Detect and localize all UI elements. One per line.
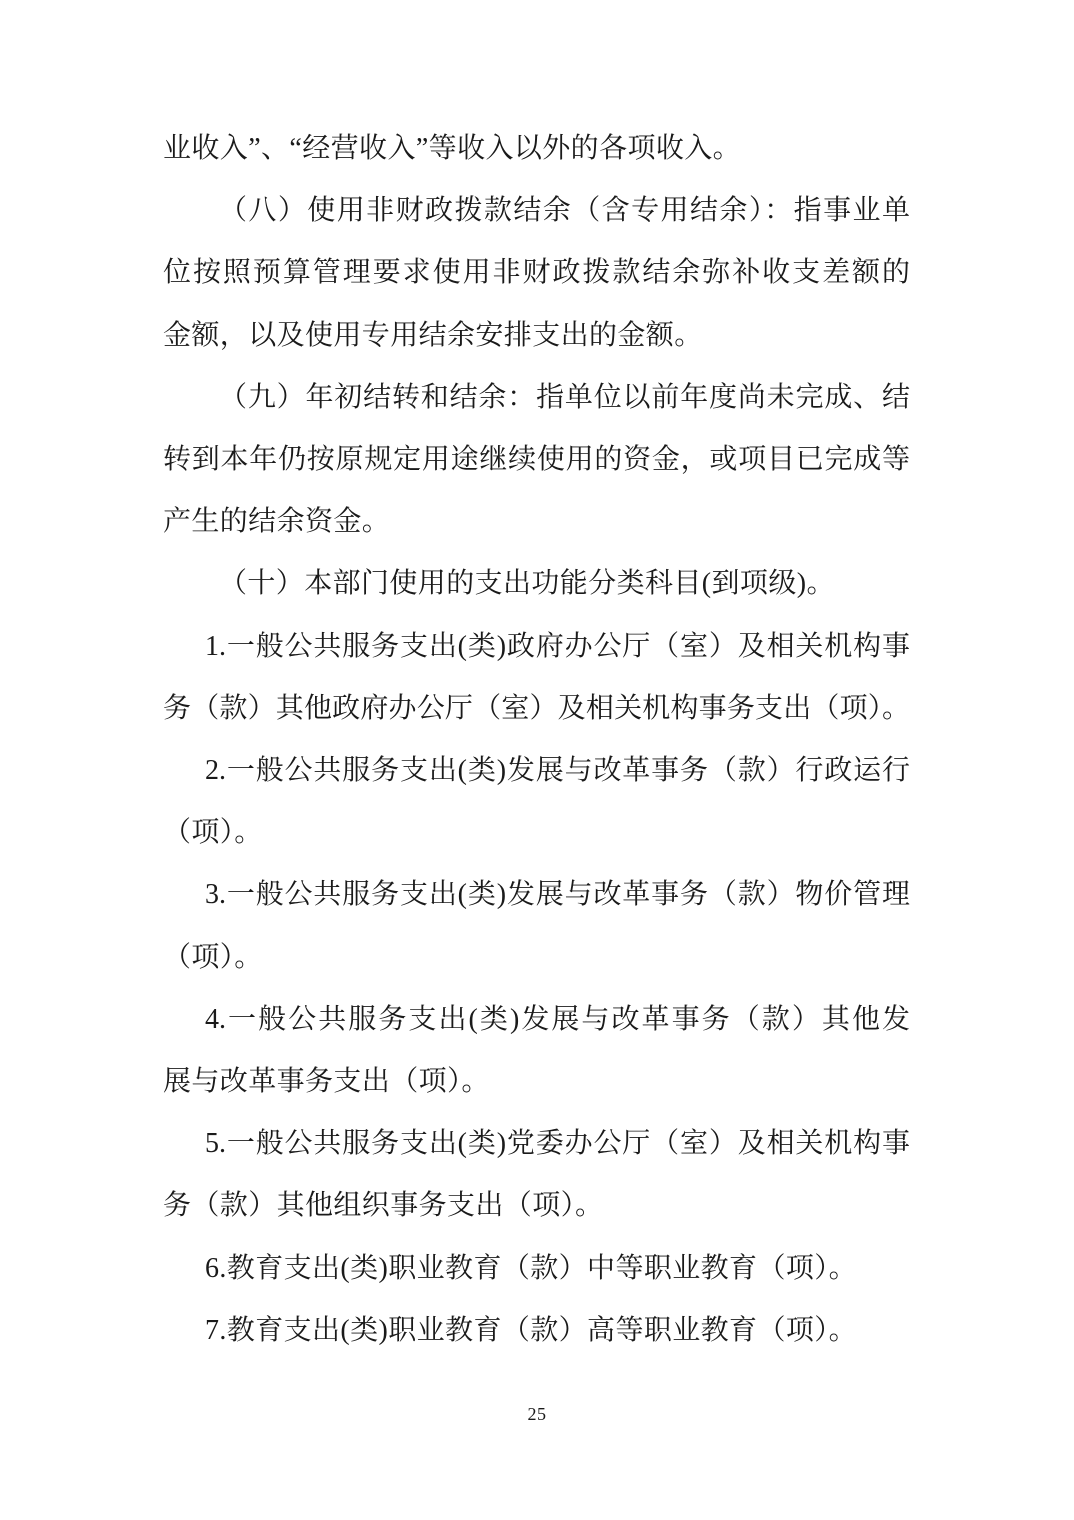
text-line: 金额，以及使用专用结余安排支出的金额。 <box>163 305 910 367</box>
text-line: （项）。 <box>163 802 910 864</box>
text-line: 4.一般公共服务支出(类)发展与改革事务（款）其他发 <box>163 989 910 1051</box>
page-number: 25 <box>0 1402 1074 1426</box>
text-line: 产生的结余资金。 <box>163 491 910 553</box>
text-line: 展与改革事务支出（项）。 <box>163 1051 910 1113</box>
text-line: 务（款）其他政府办公厅（室）及相关机构事务支出（项）。 <box>163 678 910 740</box>
text-line: （十）本部门使用的支出功能分类科目(到项级)。 <box>163 553 910 615</box>
text-line: 7.教育支出(类)职业教育（款）高等职业教育（项）。 <box>163 1300 910 1362</box>
text-line: （八）使用非财政拨款结余（含专用结余）：指事业单 <box>163 180 910 242</box>
text-line: 业收入”、“经营收入”等收入以外的各项收入。 <box>163 118 910 180</box>
text-line: 2.一般公共服务支出(类)发展与改革事务（款）行政运行 <box>163 740 910 802</box>
text-line: 1.一般公共服务支出(类)政府办公厅（室）及相关机构事 <box>163 616 910 678</box>
text-line: 3.一般公共服务支出(类)发展与改革事务（款）物价管理 <box>163 864 910 926</box>
document-body: 业收入”、“经营收入”等收入以外的各项收入。（八）使用非财政拨款结余（含专用结余… <box>163 0 910 1362</box>
document-page: 业收入”、“经营收入”等收入以外的各项收入。（八）使用非财政拨款结余（含专用结余… <box>0 0 1074 1520</box>
text-line: 务（款）其他组织事务支出（项）。 <box>163 1175 910 1237</box>
text-line: 转到本年仍按原规定用途继续使用的资金，或项目已完成等 <box>163 429 910 491</box>
text-line: （项）。 <box>163 927 910 989</box>
text-line: 5.一般公共服务支出(类)党委办公厅（室）及相关机构事 <box>163 1113 910 1175</box>
text-line: 位按照预算管理要求使用非财政拨款结余弥补收支差额的 <box>163 242 910 304</box>
text-line: （九）年初结转和结余：指单位以前年度尚未完成、结 <box>163 367 910 429</box>
text-line: 6.教育支出(类)职业教育（款）中等职业教育（项）。 <box>163 1238 910 1300</box>
